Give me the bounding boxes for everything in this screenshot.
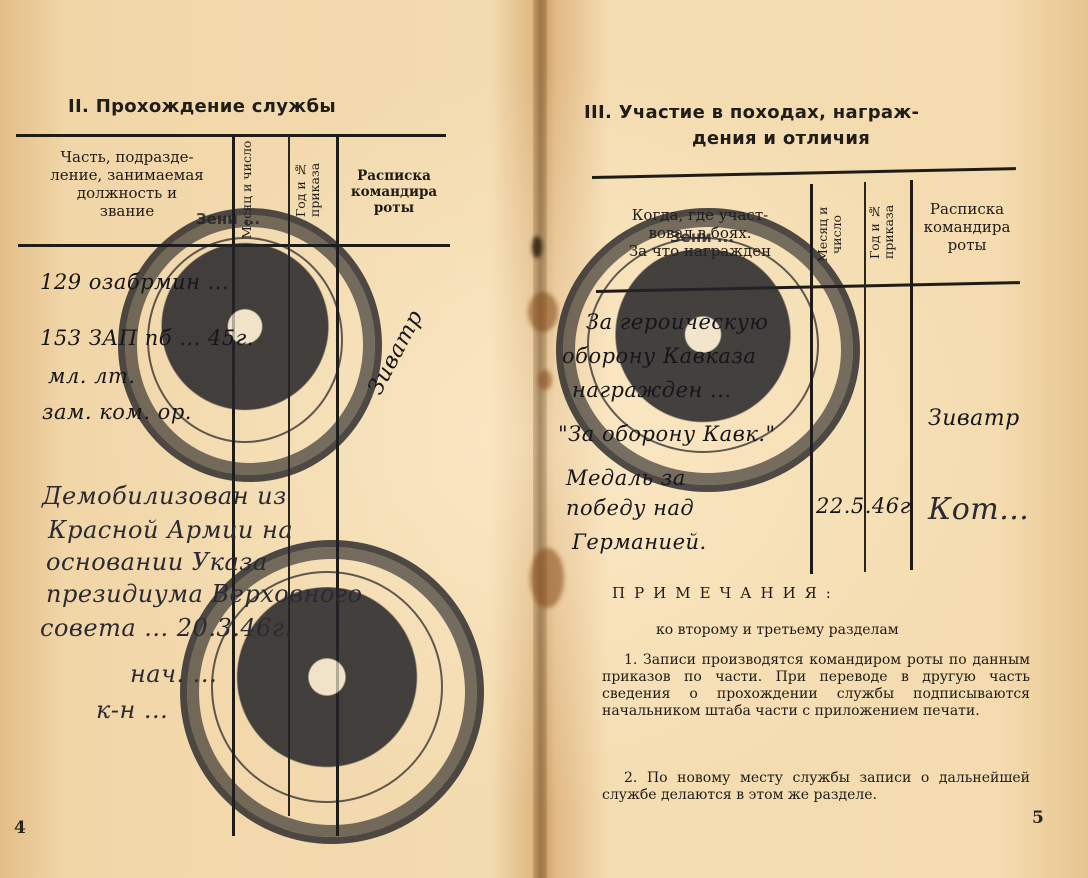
handwritten-entry: Медаль за [566,466,686,490]
column-header-commander-signature: Расписка командира роты [340,168,448,216]
handwritten-note: совета ... 20.3.46г. [40,614,293,642]
table-top-rule [16,134,446,137]
stamp-text: Зени ... [670,228,734,246]
handwritten-note: Красной Армии на [48,516,293,544]
handwritten-entry: мл. лт. [48,364,136,388]
handwritten-note-signature: нач. ... [130,660,217,688]
table-top-rule [592,167,1016,179]
handwritten-entry: зам. ком. ор. [42,400,192,424]
note-item-2: 2. По новому месту службы записи о дальн… [602,770,1030,804]
handwritten-note: президиума Верховного [46,580,363,608]
handwritten-entry: 129 озабрмин ... [40,270,229,294]
military-booklet-spread: II. Прохождение службы Часть, подразде- … [0,0,1088,878]
commander-signature: Кот... [928,492,1029,527]
handwritten-entry: победу над [566,496,694,520]
column-header-year-order: Год и № приказа [868,184,906,280]
handwritten-entry: Германией. [572,530,707,554]
entry-date: 22.5.46г [816,494,911,518]
handwritten-entry: оборону Кавказа [562,344,756,368]
section-title-campaigns: III. Участие в походах, награж- [584,102,919,123]
section-title-campaigns-cont: дения и отличия [692,128,870,149]
page-number: 5 [1032,808,1044,828]
notes-title: ПРИМЕЧАНИЯ: [612,584,840,602]
handwritten-note: основании Указа [46,548,268,576]
commander-signature: Зиватр [928,406,1020,431]
stamp-text: Зени ... [196,210,260,228]
handwritten-entry: "За оборону Кавк." [558,422,776,446]
handwritten-note-signature: к-н ... [96,696,168,724]
handwritten-note: Демобилизован из [42,482,287,510]
handwritten-entry: За героическую [586,310,768,334]
notes-subtitle: ко второму и третьему разделам [656,622,899,638]
column-header-commander-signature: Расписка командира роты [914,200,1020,254]
left-page: II. Прохождение службы Часть, подразде- … [0,0,535,878]
handwritten-entry: награжден ... [572,378,732,402]
section-title-service: II. Прохождение службы [68,96,336,117]
handwritten-entry: 153 ЗАП пб ... 45г. [40,326,254,350]
page-number: 4 [14,818,26,838]
note-item-1: 1. Записи производятся командиром роты п… [602,652,1030,720]
right-page: III. Участие в походах, награж- дения и … [540,0,1088,878]
